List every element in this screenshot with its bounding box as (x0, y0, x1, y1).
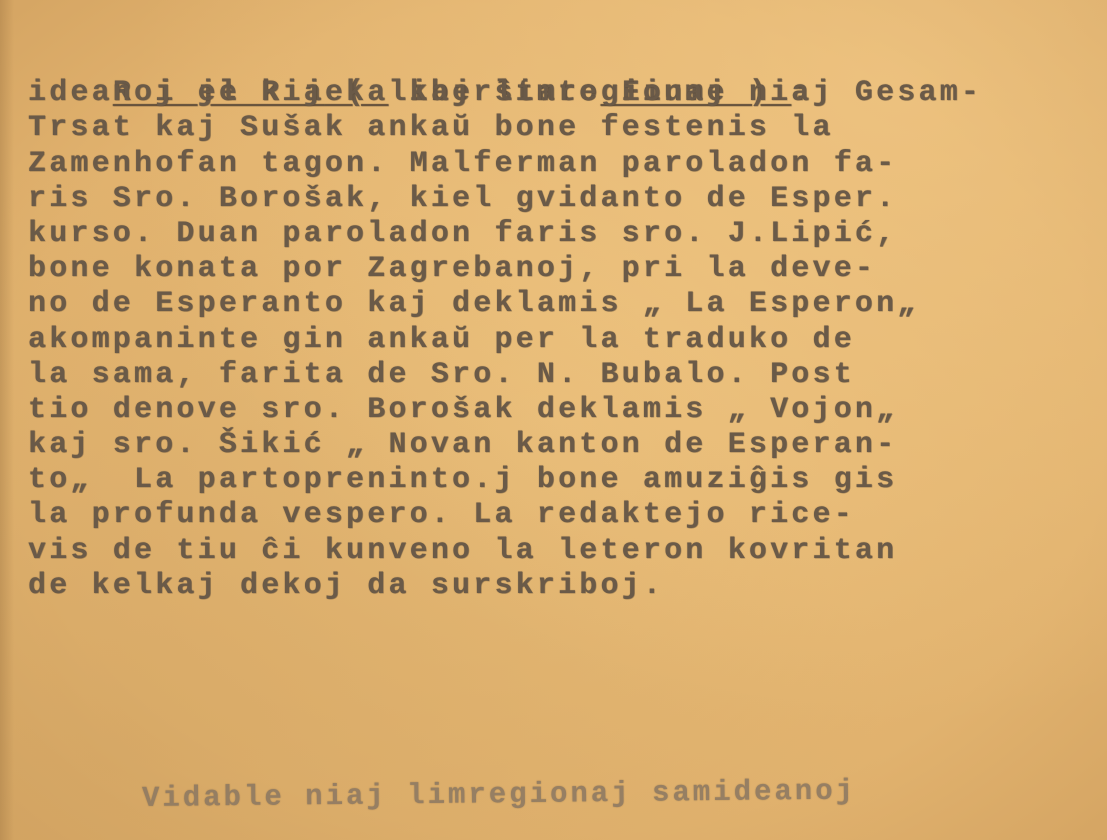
article-heading-line: R i je k a ( liberŝtato Fiume ) : Gesam- (28, 41, 1098, 76)
article-line: de kelkaj dekoj da surskriboj. (28, 569, 1098, 604)
article-line: bone konata por Zagrebanoj, pri la deve- (28, 252, 1098, 287)
article-line: kurso. Duan paroladon faris sro. J.Lipić… (28, 217, 1098, 252)
typewritten-article: R i je k a ( liberŝtato Fiume ) : Gesam-… (28, 41, 1098, 604)
signature-line: Vidable niaj limregionaj samideanoj (142, 775, 856, 815)
article-line: la sama, farita de Sro. N. Bubalo. Post (28, 358, 1098, 393)
article-line: la profunda vespero. La redaktejo ricе- (28, 498, 1098, 533)
article-line: akompaninte gin ankaŭ per la traduko de (28, 323, 1098, 358)
article-line: ris Sro. Borošak, kiel gvidanto de Esper… (28, 182, 1098, 217)
page-edge-shadow (0, 0, 14, 840)
article-line: no de Esperanto kaj deklamis „ La Espero… (28, 287, 1098, 322)
article-line: Trsat kaj Sušak ankaŭ bone festenis la (28, 111, 1098, 146)
article-line: Zamenhofan tagon. Malferman paroladon fa… (28, 147, 1098, 182)
article-line: tio denove sro. Borošak deklamis „ Vojon… (28, 393, 1098, 428)
article-line: kaj sro. Šikić „ Novan kanton de Esperan… (28, 428, 1098, 463)
article-line: vis de tiu ĉi kunveno la leteron kovrita… (28, 534, 1098, 569)
article-line: to„ La partopreninto.j bone amuziĝis gis (28, 463, 1098, 498)
